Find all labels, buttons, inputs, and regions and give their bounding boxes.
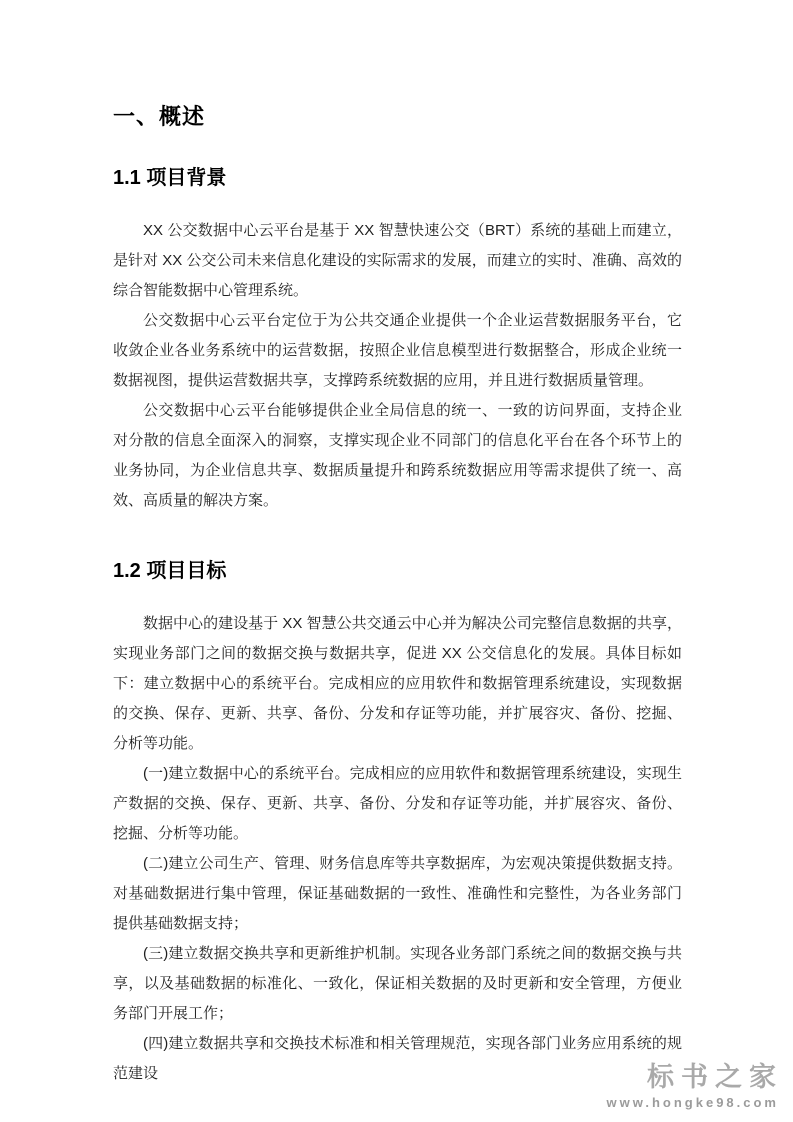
- document-page: 一、概述 1.1 项目背景 XX 公交数据中心云平台是基于 XX 智慧快速公交（…: [0, 0, 793, 1122]
- paragraph-goal-4: (四)建立数据共享和交换技术标准和相关管理规范，实现各部门业务应用系统的规范建设: [113, 1029, 682, 1089]
- paragraph-goal-2: (二)建立公司生产、管理、财务信息库等共享数据库，为宏观决策提供数据支持。对基础…: [113, 849, 682, 939]
- watermark-url-text: www.hongke98.com: [607, 1095, 780, 1110]
- paragraph-goal-3: (三)建立数据交换共享和更新维护机制。实现各业务部门系统之间的数据交换与共享，以…: [113, 939, 682, 1029]
- paragraph-background-3: 公交数据中心云平台能够提供企业全局信息的统一、一致的访问界面，支持企业对分散的信…: [113, 396, 682, 516]
- watermark: 标书之家 www.hongke98.com: [607, 1063, 780, 1110]
- chapter-heading: 一、概述: [113, 100, 682, 131]
- paragraph-goal-1: (一)建立数据中心的系统平台。完成相应的应用软件和数据管理系统建设，实现生产数据…: [113, 759, 682, 849]
- section-heading-project-goals: 1.2 项目目标: [113, 554, 682, 583]
- watermark-brand-text: 标书之家: [607, 1063, 784, 1093]
- paragraph-background-1: XX 公交数据中心云平台是基于 XX 智慧快速公交（BRT）系统的基础上而建立，…: [113, 216, 682, 306]
- section-heading-project-background: 1.1 项目背景: [113, 161, 682, 190]
- paragraph-background-2: 公交数据中心云平台定位于为公共交通企业提供一个企业运营数据服务平台，它收敛企业各…: [113, 306, 682, 396]
- paragraph-goals-intro: 数据中心的建设基于 XX 智慧公共交通云中心并为解决公司完整信息数据的共享，实现…: [113, 609, 682, 759]
